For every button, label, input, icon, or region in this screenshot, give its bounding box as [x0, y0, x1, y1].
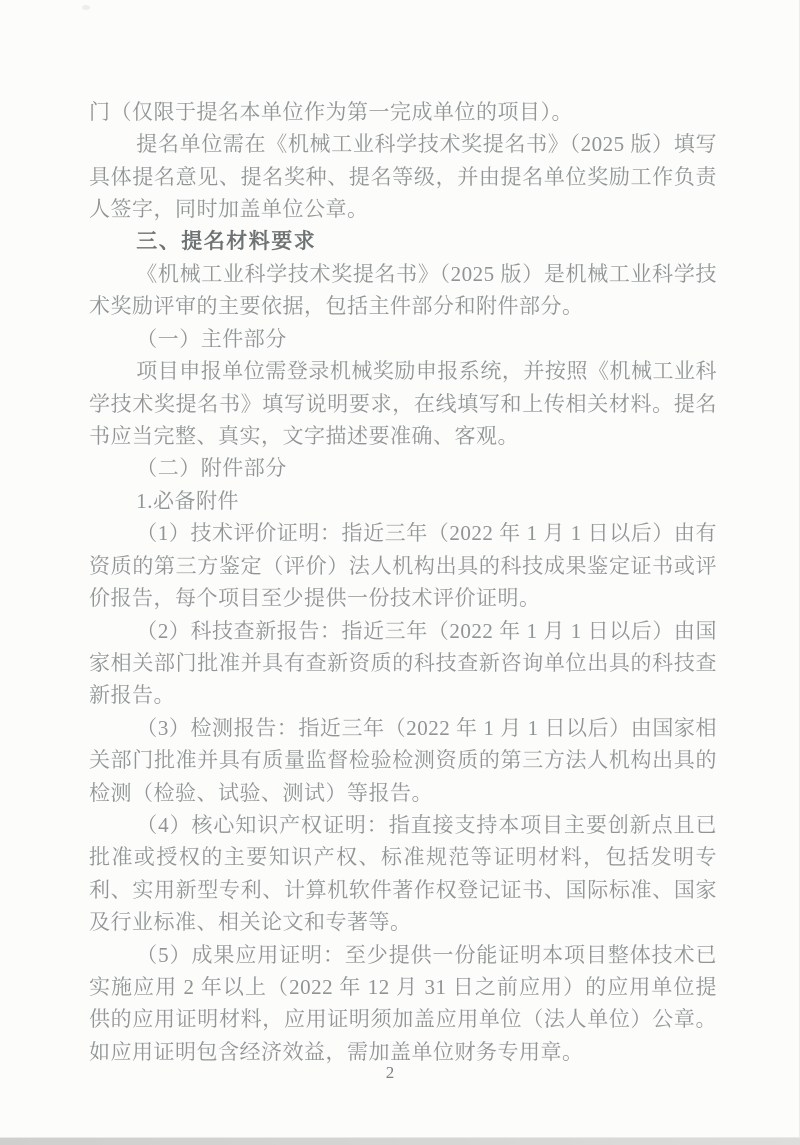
- scan-smudge-artifact: [82, 5, 90, 10]
- body-paragraph: （4）核心知识产权证明：指直接支持本项目主要创新点且已批准或授权的主要知识产权、…: [89, 809, 717, 939]
- scan-edge-bottom: [0, 1137, 800, 1145]
- section-heading: 三、提名材料要求: [89, 226, 717, 258]
- body-paragraph: 项目申报单位需登录机械奖励申报系统，并按照《机械工业科学技术奖提名书》填写说明要…: [89, 355, 717, 452]
- page-number: 2: [0, 1063, 780, 1083]
- sub-heading: （二）附件部分: [89, 452, 717, 484]
- continuation-paragraph: 门（仅限于提名本单位作为第一完成单位的项目）。: [89, 96, 717, 128]
- body-paragraph: （3）检测报告：指近三年（2022 年 1 月 1 日以后）由国家相关部门批准并…: [89, 712, 717, 809]
- sub-heading: 1.必备附件: [89, 485, 717, 517]
- document-text-block: 门（仅限于提名本单位作为第一完成单位的项目）。提名单位需在《机械工业科学技术奖提…: [89, 96, 717, 1068]
- body-paragraph: （2）科技查新报告：指近三年（2022 年 1 月 1 日以后）由国家相关部门批…: [89, 615, 717, 712]
- document-page: 门（仅限于提名本单位作为第一完成单位的项目）。提名单位需在《机械工业科学技术奖提…: [0, 0, 800, 1145]
- sub-heading: （一）主件部分: [89, 323, 717, 355]
- body-paragraph: （1）技术评价证明：指近三年（2022 年 1 月 1 日以后）由有资质的第三方…: [89, 517, 717, 614]
- body-paragraph: 提名单位需在《机械工业科学技术奖提名书》（2025 版）填写具体提名意见、提名奖…: [89, 128, 717, 225]
- body-paragraph: （5）成果应用证明：至少提供一份能证明本项目整体技术已实施应用 2 年以上（20…: [89, 939, 717, 1069]
- body-paragraph: 《机械工业科学技术奖提名书》（2025 版）是机械工业科学技术奖励评审的主要依据…: [89, 258, 717, 323]
